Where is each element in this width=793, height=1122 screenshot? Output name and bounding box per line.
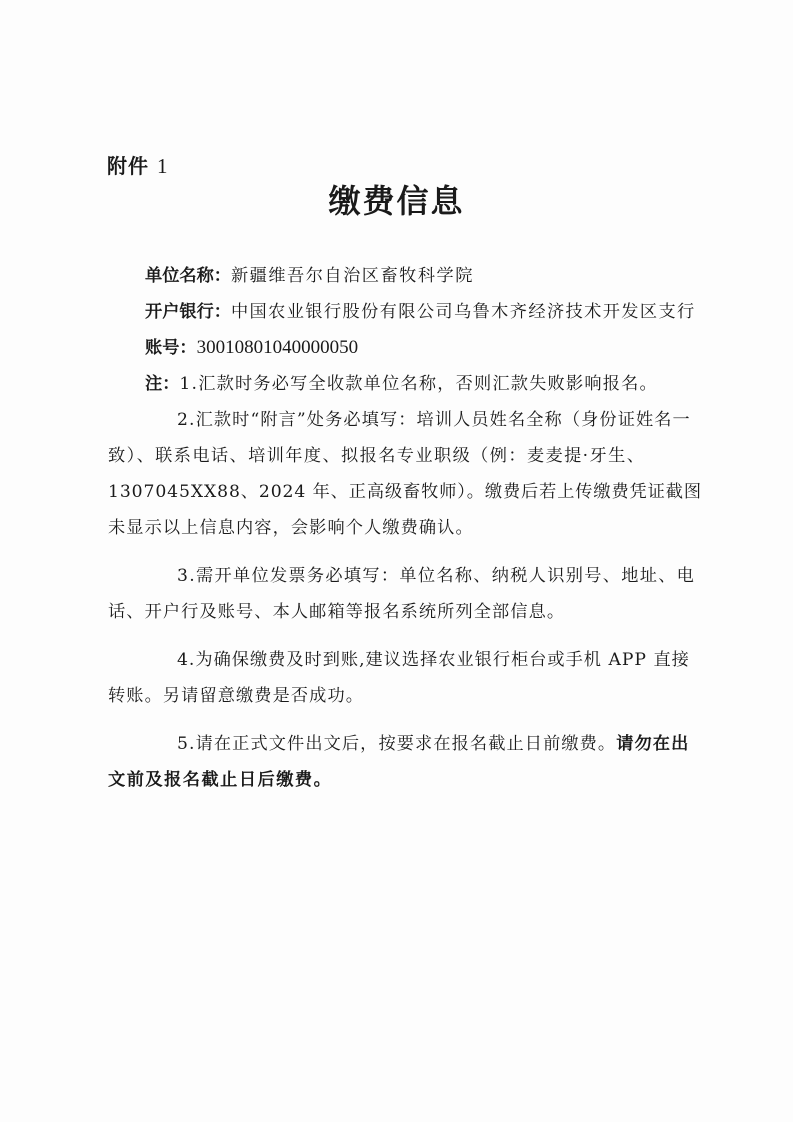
- unit-name-value: 新疆维吾尔自治区畜牧科学院: [231, 266, 474, 286]
- note-2: 2.汇款时“附言”处务必填写：培训人员姓名全称（身份证姓名一 致）、联系电话、培…: [145, 402, 705, 546]
- unit-name-row: 单位名称：新疆维吾尔自治区畜牧科学院: [145, 258, 705, 294]
- bank-row: 开户银行：中国农业银行股份有限公司乌鲁木齐经济技术开发区支行: [145, 294, 705, 330]
- bank-value: 中国农业银行股份有限公司乌鲁木齐经济技术开发区支行: [231, 302, 696, 322]
- account-row: 账号：30010801040000050: [145, 330, 705, 366]
- account-label: 账号：: [145, 338, 197, 358]
- note-3-line: 话、开户行及账号、本人邮箱等报名系统所列全部信息。: [108, 594, 705, 630]
- attachment-label: 附件 1: [107, 150, 168, 179]
- note-5-text: 5.请在正式文件出文后，按要求在报名截止日前缴费。: [177, 734, 616, 754]
- note-2-line: 2.汇款时“附言”处务必填写：培训人员姓名全称（身份证姓名一: [145, 402, 705, 438]
- note-5-warning: 请勿在出: [616, 734, 689, 754]
- note-2-line: 致）、联系电话、培训年度、拟报名专业职级（例：麦麦提·牙生、: [108, 438, 705, 474]
- document-page: 附件 1 缴费信息 单位名称：新疆维吾尔自治区畜牧科学院 开户银行：中国农业银行…: [0, 0, 793, 1122]
- bank-label: 开户银行：: [145, 302, 231, 322]
- document-body: 单位名称：新疆维吾尔自治区畜牧科学院 开户银行：中国农业银行股份有限公司乌鲁木齐…: [145, 258, 705, 798]
- note-2-line: 1307045XX88、2024 年、正高级畜牧师）。缴费后若上传缴费凭证截图: [108, 474, 705, 510]
- page-title: 缴费信息: [0, 176, 793, 222]
- note-4-line: 4.为确保缴费及时到账,建议选择农业银行柜台或手机 APP 直接: [145, 642, 705, 678]
- note-1-text: 1.汇款时务必写全收款单位名称，否则汇款失败影响报名。: [179, 374, 658, 394]
- account-number: 30010801040000050: [197, 337, 359, 358]
- attachment-text: 附件: [107, 154, 149, 178]
- note-4: 4.为确保缴费及时到账,建议选择农业银行柜台或手机 APP 直接 转账。另请留意…: [145, 642, 705, 714]
- note-2-line: 未显示以上信息内容，会影响个人缴费确认。: [108, 510, 705, 546]
- note-5-line: 5.请在正式文件出文后，按要求在报名截止日前缴费。请勿在出: [145, 726, 705, 762]
- note-5: 5.请在正式文件出文后，按要求在报名截止日前缴费。请勿在出 文前及报名截止日后缴…: [145, 726, 705, 798]
- note-3: 3.需开单位发票务必填写：单位名称、纳税人识别号、地址、电 话、开户行及账号、本…: [145, 558, 705, 630]
- attachment-number: 1: [157, 154, 169, 178]
- note-3-line: 3.需开单位发票务必填写：单位名称、纳税人识别号、地址、电: [145, 558, 705, 594]
- note-5-warning-line: 文前及报名截止日后缴费。: [108, 762, 705, 798]
- unit-name-label: 单位名称：: [145, 266, 231, 286]
- note-1: 注：1.汇款时务必写全收款单位名称，否则汇款失败影响报名。: [145, 366, 705, 402]
- note-4-line: 转账。另请留意缴费是否成功。: [108, 678, 705, 714]
- notes-label: 注：: [145, 374, 179, 394]
